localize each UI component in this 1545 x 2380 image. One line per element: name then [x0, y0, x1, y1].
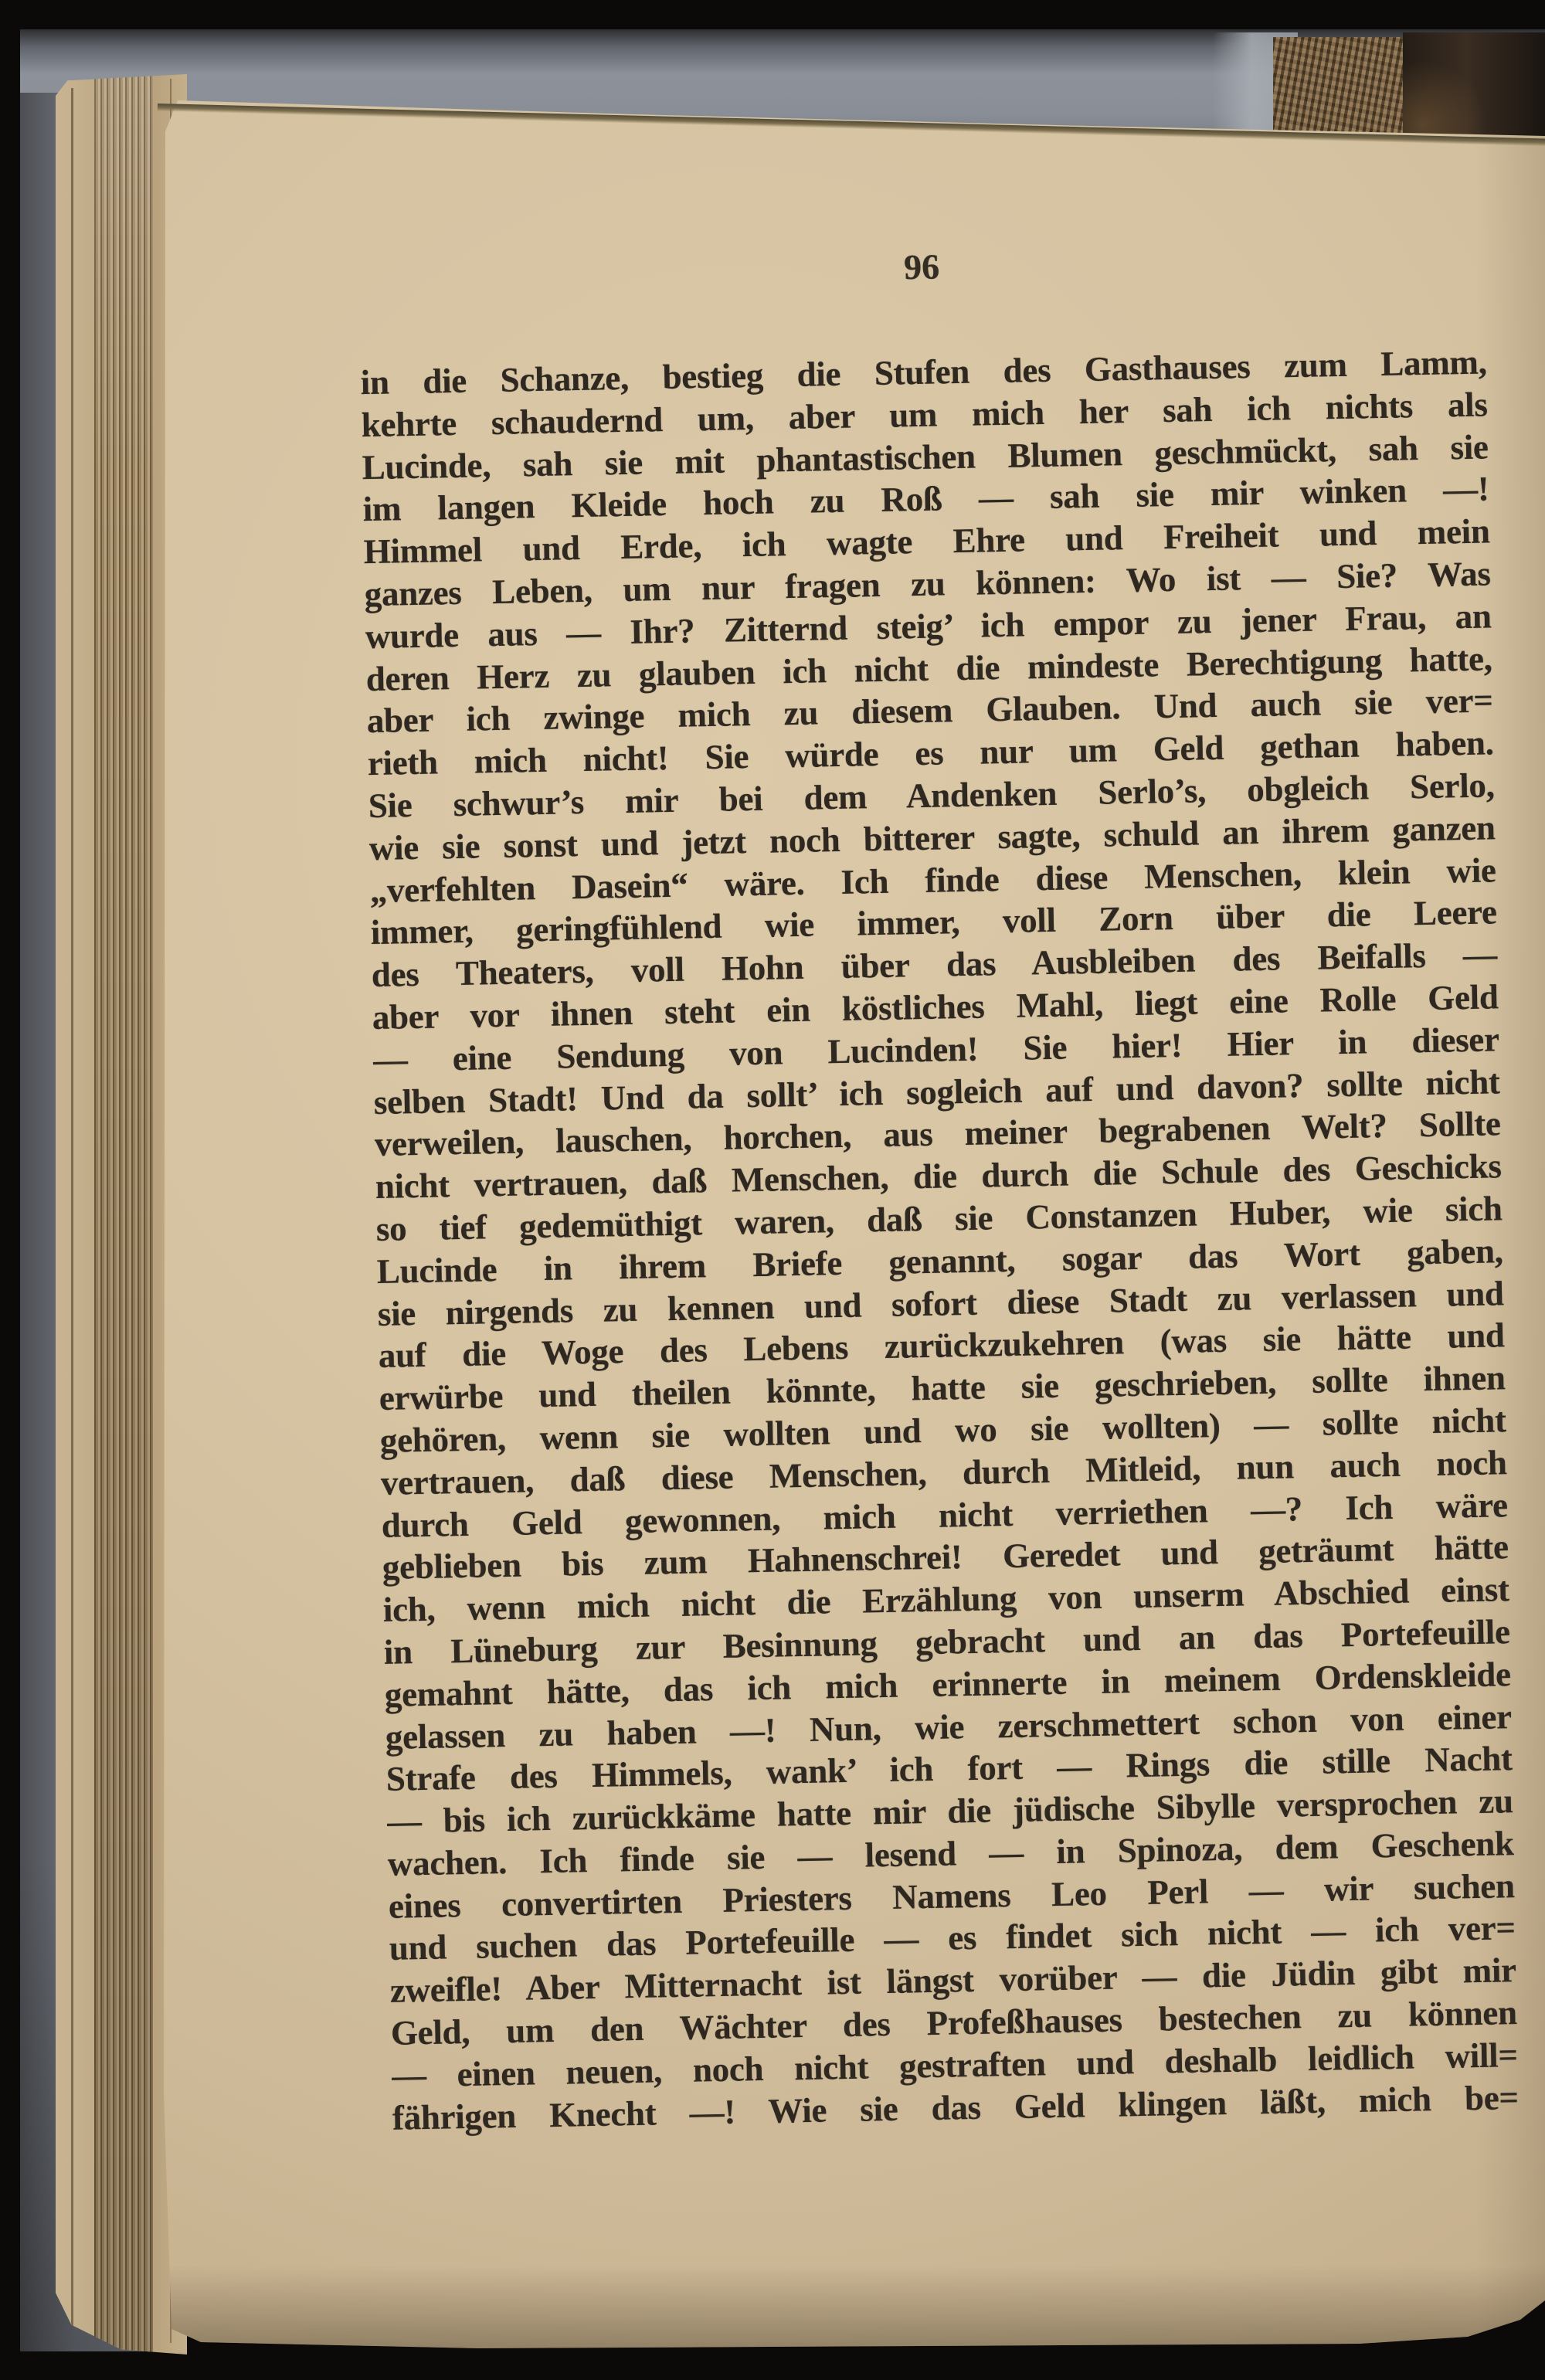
cover-fabric-weave: [1273, 37, 1403, 138]
body-text: in die Schanze, bestieg die Stufen des G…: [360, 341, 1519, 2139]
page-stack-striations: [94, 74, 153, 2355]
book-cover-corner: [1273, 32, 1545, 138]
page-text-block: 96 in die Schanze, bestieg die Stufen de…: [358, 226, 1520, 2139]
book-scan-photo: 96 in die Schanze, bestieg die Stufen de…: [0, 0, 1545, 2380]
cover-dark-leather: [1403, 32, 1545, 138]
page-stack-edge-line: [71, 88, 73, 2332]
